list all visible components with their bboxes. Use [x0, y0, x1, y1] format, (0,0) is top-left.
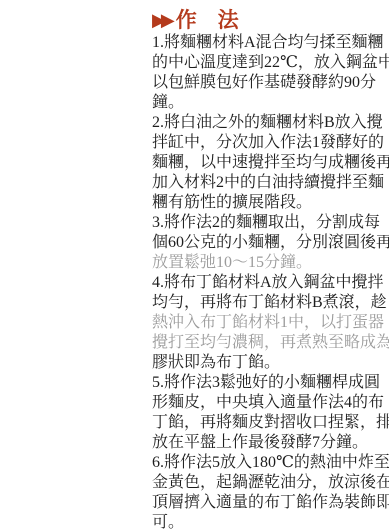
method-lines: 1.將麵糰材料A混合均勻揉至麵糰的中心溫度達到22℃，放入鋼盆中以包鮮膜包好作基…: [152, 33, 389, 532]
method-text-line: 個60公克的小麵糰，分別滾圓後再: [152, 233, 389, 253]
method-text-line: 拌缸中，分次加入作法1發酵好的: [152, 133, 389, 153]
method-text-line: 5.將作法3鬆弛好的小麵糰桿成圓: [152, 373, 389, 393]
method-text-line: 放置鬆弛10～15分鐘。: [152, 253, 389, 273]
method-text-line: 膠狀即為布丁餡。: [152, 353, 389, 373]
method-text-line: 攪打至均勻濃稠，再煮熟至略成為: [152, 333, 389, 353]
method-text-line: 熱沖入布丁餡材料1中，以打蛋器: [152, 313, 389, 333]
method-text-line: 金黃色，起鍋瀝乾油分，放涼後在: [152, 473, 389, 493]
section-title-row: ▶▶ 作 法: [152, 9, 389, 32]
method-text-line: 放在平盤上作最後發酵7分鐘。: [152, 433, 389, 453]
method-text-line: 形麵皮，中央填入適量作法4的布: [152, 393, 389, 413]
method-text-line: 鐘。: [152, 93, 389, 113]
method-text-line: 1.將麵糰材料A混合均勻揉至麵糰: [152, 33, 389, 53]
method-text-line: 糰有筋性的擴展階段。: [152, 193, 389, 213]
method-text-line: 頂層擠入適量的布丁餡作為裝飾即: [152, 493, 389, 513]
method-text-line: 麵糰，以中速攪拌至均勻成糰後再: [152, 153, 389, 173]
method-text-line: 2.將白油之外的麵糰材料B放入攪: [152, 113, 389, 133]
method-section: ▶▶ 作 法 1.將麵糰材料A混合均勻揉至麵糰的中心溫度達到22℃，放入鋼盆中以…: [152, 9, 389, 532]
method-text-line: 加入材料2中的白油持續攪拌至麵: [152, 173, 389, 193]
method-text-line: 可。: [152, 513, 389, 532]
method-text-line: 均勻，再將布丁餡材料B煮滾，趁: [152, 293, 389, 313]
method-text-line: 丁餡，再將麵皮對摺收口捏緊，排: [152, 413, 389, 433]
method-text-line: 的中心溫度達到22℃，放入鋼盆中: [152, 53, 389, 73]
method-text-line: 4.將布丁餡材料A放入鋼盆中攪拌: [152, 273, 389, 293]
double-right-arrow-icon: ▶▶: [152, 11, 170, 29]
method-text-line: 以包鮮膜包好作基礎發酵約90分: [152, 73, 389, 93]
section-title: 作 法: [176, 10, 239, 31]
method-text-line: 6.將作法5放入180℃的熱油中炸至: [152, 453, 389, 473]
method-text-line: 3.將作法2的麵糰取出，分割成每: [152, 213, 389, 233]
